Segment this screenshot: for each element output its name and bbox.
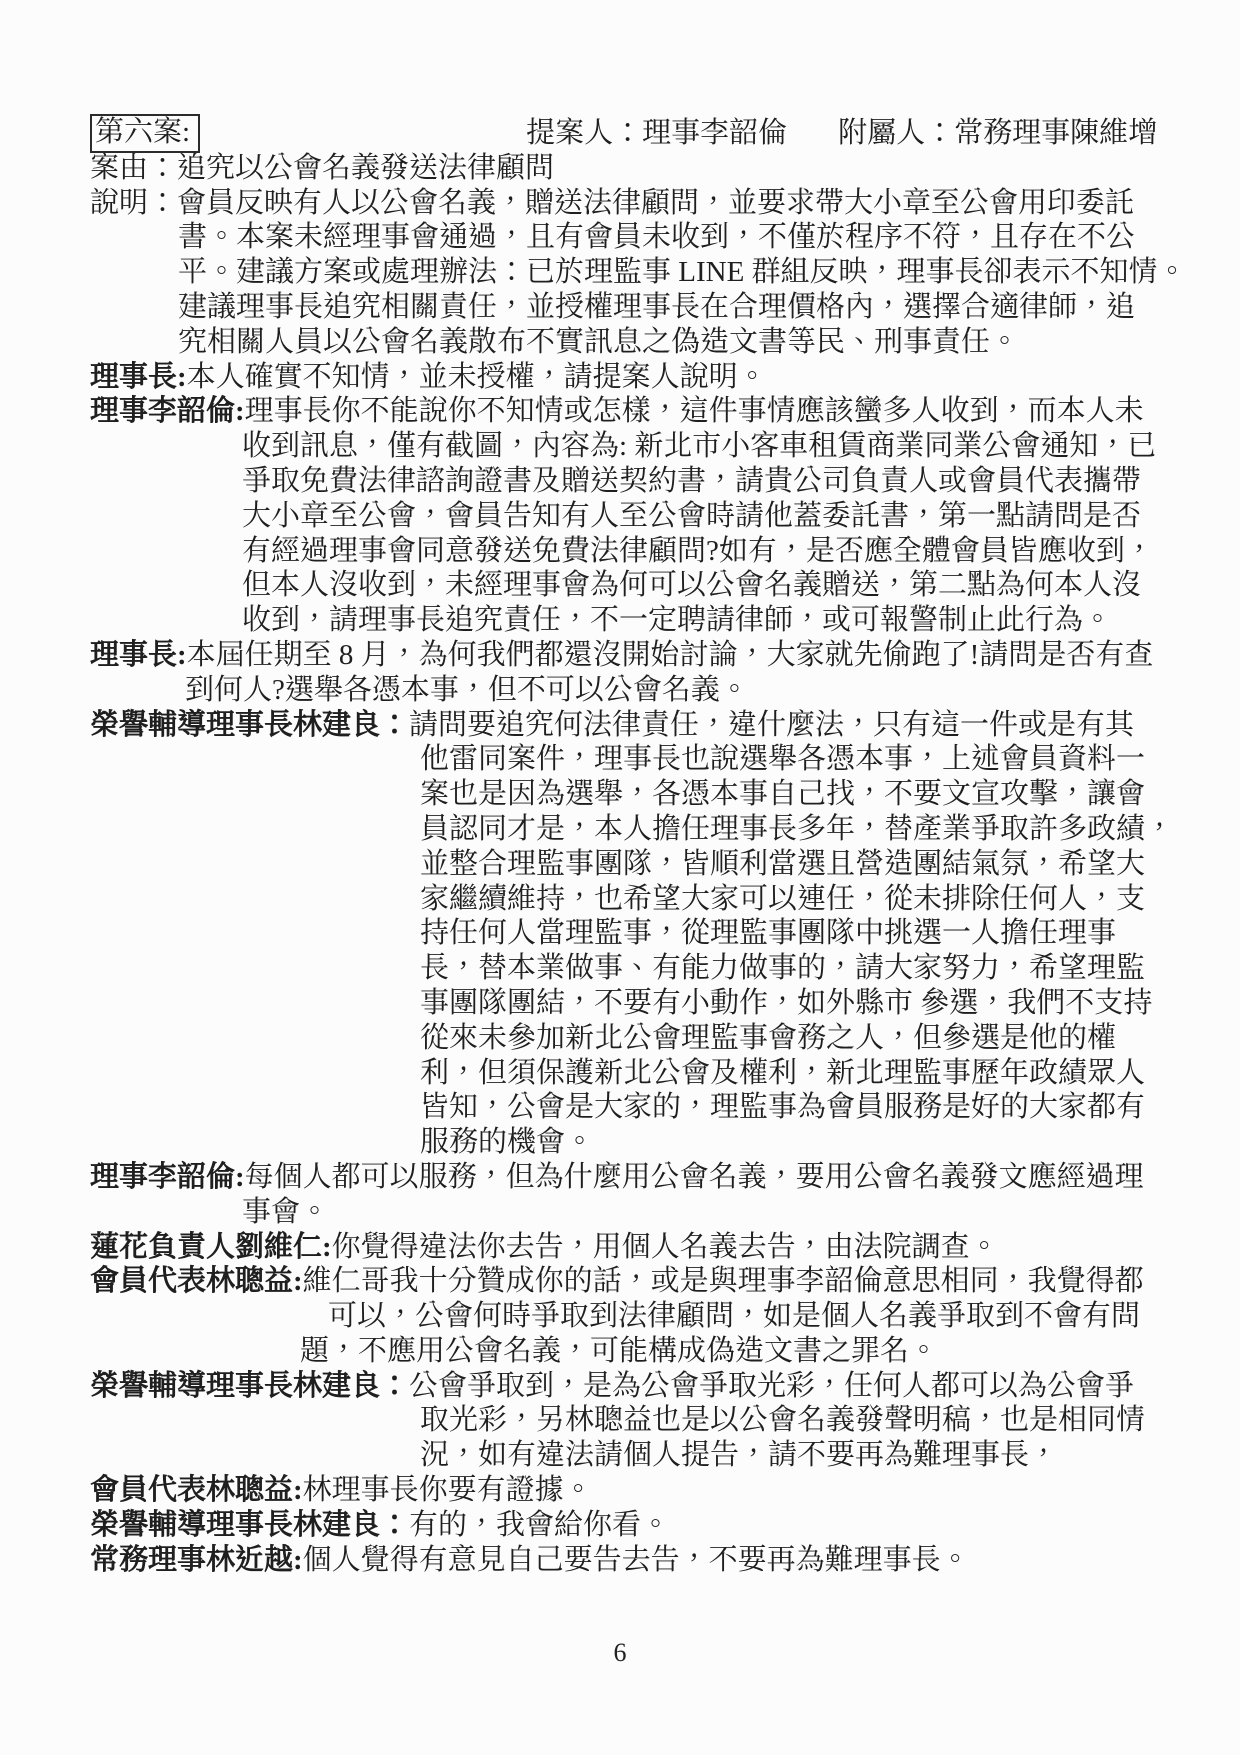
- speaker-label: 會員代表林聰益:: [90, 1474, 303, 1506]
- line-text: 並整合理監事團隊，皆順利當選且營造團結氣氛，希望大: [420, 848, 1145, 880]
- text-line: 收到訊息，僅有截圖，內容為: 新北市小客車租賃商業同業公會通知，已: [90, 429, 1164, 464]
- line-text: 事會。: [242, 1196, 329, 1228]
- text-line: 皆知，公會是大家的，理監事為會員服務是好的大家都有: [90, 1090, 1164, 1125]
- text-line: 平。建議方案或處理辦法：已於理監事 LINE 群組反映，理事長卻表示不知情。: [90, 255, 1164, 290]
- text-line: 榮譽輔導理事長林建良：公會爭取到，是為公會爭取光彩，任何人都可以為公會爭: [90, 1369, 1164, 1404]
- line-text: 案也是因為選舉，各憑本事自己找，不要文宣攻擊，讓會: [420, 778, 1145, 810]
- line-text: 可以，公會何時爭取到法律顧問，如是個人名義爭取到不會有問: [328, 1300, 1140, 1332]
- line-text: 本人確實不知情，並未授權，請提案人說明。: [187, 361, 767, 393]
- text-line: 說明：會員反映有人以公會名義，贈送法律顧問，並要求帶大小章至公會用印委託: [90, 186, 1164, 221]
- text-line: 利，但須保護新北公會及權利，新北理監事歷年政績眾人: [90, 1056, 1164, 1091]
- line-text: 大小章至公會，會員告知有人至公會時請他蓋委託書，第一點請問是否: [242, 500, 1141, 532]
- text-line: 爭取免費法律諮詢證書及贈送契約書，請貴公司負責人或會員代表攜帶: [90, 464, 1164, 499]
- line-text: 事團隊團結，不要有小動作，如外縣市 參選，我們不支持: [420, 987, 1152, 1019]
- line-text: 從來未參加新北公會理監事會務之人，但參選是他的權: [420, 1022, 1116, 1054]
- text-line: 服務的機會。: [90, 1125, 1164, 1160]
- text-line: 況，如有違法請個人提告，請不要再為難理事長，: [90, 1438, 1164, 1473]
- attached-person-text: 附屬人：常務理事陳維增: [838, 117, 1157, 149]
- line-text: 利，但須保護新北公會及權利，新北理監事歷年政績眾人: [420, 1057, 1145, 1089]
- text-line: 從來未參加新北公會理監事會務之人，但參選是他的權: [90, 1021, 1164, 1056]
- text-line: 理事長:本屆任期至 8 月，為何我們都還沒開始討論，大家就先偷跑了!請問是否有查: [90, 638, 1164, 673]
- text-line: 可以，公會何時爭取到法律顧問，如是個人名義爭取到不會有問: [90, 1299, 1164, 1334]
- text-line: 取光彩，另林聰益也是以公會名義發聲明稿，也是相同情: [90, 1403, 1164, 1438]
- line-text: 維仁哥我十分贊成你的話，或是與理事李韶倫意思相同，我覺得都: [303, 1265, 1144, 1297]
- text-line: 他雷同案件，理事長也說選舉各憑本事，上述會員資料一: [90, 742, 1164, 777]
- line-text: 平。建議方案或處理辦法：已於理監事 LINE 群組反映，理事長卻表示不知情。: [178, 256, 1187, 288]
- text-line: 題，不應用公會名義，可能構成偽造文書之罪名。: [90, 1334, 1164, 1369]
- speaker-label: 蓮花負責人劉維仁:: [90, 1231, 332, 1263]
- minutes-content: 第六案:提案人：理事李韶倫附屬人：常務理事陳維增 案由：追究以公會名義發送法律顧…: [90, 116, 1164, 1577]
- dialogue-lines: 案由：追究以公會名義發送法律顧問說明：會員反映有人以公會名義，贈送法律顧問，並要…: [90, 151, 1164, 1578]
- case-number-box: 第六案:: [90, 114, 200, 153]
- line-text: 持任何人當理監事，從理監事團隊中挑選一人擔任理事: [420, 917, 1116, 949]
- text-line: 事團隊團結，不要有小動作，如外縣市 參選，我們不支持: [90, 986, 1164, 1021]
- line-text: 你覺得違法你去告，用個人名義去告，由法院調查。: [332, 1231, 999, 1263]
- line-text: 他雷同案件，理事長也說選舉各憑本事，上述會員資料一: [420, 743, 1145, 775]
- speaker-label: 理事長:: [90, 639, 187, 671]
- line-text: 況，如有違法請個人提告，請不要再為難理事長，: [420, 1439, 1058, 1471]
- line-text: 題，不應用公會名義，可能構成偽造文書之罪名。: [300, 1335, 938, 1367]
- speaker-label: 理事李韶倫:: [90, 1161, 245, 1193]
- line-text: 建議理事長追究相關責任，並授權理事長在合理價格內，選擇合適律師，追: [178, 291, 1135, 323]
- line-text: 但本人沒收到，未經理事會為何可以公會名義贈送，第二點為何本人沒: [242, 569, 1141, 601]
- line-text: 林理事長你要有證據。: [303, 1474, 593, 1506]
- text-line: 案由：追究以公會名義發送法律顧問: [90, 151, 1164, 186]
- line-text: 長，替本業做事、有能力做事的，請大家努力，希望理監: [420, 952, 1145, 984]
- speaker-label: 會員代表林聰益:: [90, 1265, 303, 1297]
- line-text: 爭取免費法律諮詢證書及贈送契約書，請貴公司負責人或會員代表攜帶: [242, 465, 1141, 497]
- text-line: 理事李韶倫:每個人都可以服務，但為什麼用公會名義，要用公會名義發文應經過理: [90, 1160, 1164, 1195]
- text-line: 到何人?選舉各憑本事，但不可以公會名義。: [90, 673, 1164, 708]
- line-text: 服務的機會。: [420, 1126, 594, 1158]
- text-line: 事會。: [90, 1195, 1164, 1230]
- line-text: 究相關人員以公會名義散布不實訊息之偽造文書等民、刑事責任。: [178, 326, 1019, 358]
- line-text: 收到，請理事長追究責任，不一定聘請律師，或可報警制止此行為。: [242, 604, 1112, 636]
- text-line: 榮譽輔導理事長林建良：有的，我會給你看。: [90, 1508, 1164, 1543]
- text-line: 長，替本業做事、有能力做事的，請大家努力，希望理監: [90, 951, 1164, 986]
- text-line: 蓮花負責人劉維仁:你覺得違法你去告，用個人名義去告，由法院調查。: [90, 1230, 1164, 1265]
- page-number: 6: [0, 1638, 1240, 1668]
- line-text: 取光彩，另林聰益也是以公會名義發聲明稿，也是相同情: [420, 1404, 1145, 1436]
- text-line: 究相關人員以公會名義散布不實訊息之偽造文書等民、刑事責任。: [90, 325, 1164, 360]
- line-text: 收到訊息，僅有截圖，內容為: 新北市小客車租賃商業同業公會通知，已: [242, 430, 1156, 462]
- speaker-label: 榮譽輔導理事長林建良：: [90, 1370, 409, 1402]
- speaker-label: 理事李韶倫:: [90, 395, 245, 427]
- text-line: 理事李韶倫:理事長你不能說你不知情或怎樣，這件事情應該蠻多人收到，而本人未: [90, 394, 1164, 429]
- line-text: 會員反映有人以公會名義，贈送法律顧問，並要求帶大小章至公會用印委託: [177, 187, 1134, 219]
- line-text: 請問要追究何法律責任，違什麼法，只有這一件或是有其: [409, 709, 1134, 741]
- field-label: 案由：: [90, 152, 177, 184]
- field-label: 說明：: [90, 187, 177, 219]
- text-line: 理事長:本人確實不知情，並未授權，請提案人說明。: [90, 360, 1164, 395]
- line-text: 個人覺得有意見自己要告去告，不要再為難理事長。: [303, 1544, 970, 1576]
- text-line: 常務理事林近越:個人覺得有意見自己要告去告，不要再為難理事長。: [90, 1543, 1164, 1578]
- speaker-label: 榮譽輔導理事長林建良：: [90, 1509, 409, 1541]
- line-text: 理事長你不能說你不知情或怎樣，這件事情應該蠻多人收到，而本人未: [245, 395, 1144, 427]
- text-line: 收到，請理事長追究責任，不一定聘請律師，或可報警制止此行為。: [90, 603, 1164, 638]
- text-line: 會員代表林聰益:林理事長你要有證據。: [90, 1473, 1164, 1508]
- text-line: 會員代表林聰益:維仁哥我十分贊成你的話，或是與理事李韶倫意思相同，我覺得都: [90, 1264, 1164, 1299]
- proposer-text: 提案人：理事李韶倫: [526, 117, 787, 149]
- line-text: 公會爭取到，是為公會爭取光彩，任何人都可以為公會爭: [409, 1370, 1134, 1402]
- line-text: 本屆任期至 8 月，為何我們都還沒開始討論，大家就先偷跑了!請問是否有查: [187, 639, 1154, 671]
- document-page: 第六案:提案人：理事李韶倫附屬人：常務理事陳維增 案由：追究以公會名義發送法律顧…: [0, 0, 1240, 1755]
- line-text: 皆知，公會是大家的，理監事為會員服務是好的大家都有: [420, 1091, 1145, 1123]
- text-line: 持任何人當理監事，從理監事團隊中挑選一人擔任理事: [90, 916, 1164, 951]
- line-text: 追究以公會名義發送法律顧問: [177, 152, 554, 184]
- line-text: 有的，我會給你看。: [409, 1509, 670, 1541]
- speaker-label: 榮譽輔導理事長林建良：: [90, 709, 409, 741]
- line-text: 家繼續維持，也希望大家可以連任，從未排除任何人，支: [420, 883, 1145, 915]
- line-text: 書。本案未經理事會通過，且有會員未收到，不僅於程序不符，且存在不公: [178, 221, 1135, 253]
- text-line: 書。本案未經理事會通過，且有會員未收到，不僅於程序不符，且存在不公: [90, 220, 1164, 255]
- text-line: 員認同才是，本人擔任理事長多年，替產業爭取許多政績，: [90, 812, 1164, 847]
- line-text: 到何人?選舉各憑本事，但不可以公會名義。: [185, 674, 749, 706]
- text-line: 建議理事長追究相關責任，並授權理事長在合理價格內，選擇合適律師，追: [90, 290, 1164, 325]
- text-line: 但本人沒收到，未經理事會為何可以公會名義贈送，第二點為何本人沒: [90, 568, 1164, 603]
- text-line: 大小章至公會，會員告知有人至公會時請他蓋委託書，第一點請問是否: [90, 499, 1164, 534]
- case-header-line: 第六案:提案人：理事李韶倫附屬人：常務理事陳維增: [90, 116, 1164, 151]
- text-line: 案也是因為選舉，各憑本事自己找，不要文宣攻擊，讓會: [90, 777, 1164, 812]
- text-line: 有經過理事會同意發送免費法律顧問?如有，是否應全體會員皆應收到，: [90, 534, 1164, 569]
- line-text: 有經過理事會同意發送免費法律顧問?如有，是否應全體會員皆應收到，: [242, 535, 1154, 567]
- line-text: 每個人都可以服務，但為什麼用公會名義，要用公會名義發文應經過理: [245, 1161, 1144, 1193]
- text-line: 並整合理監事團隊，皆順利當選且營造團結氣氛，希望大: [90, 847, 1164, 882]
- line-text: 員認同才是，本人擔任理事長多年，替產業爭取許多政績，: [420, 813, 1174, 845]
- text-line: 榮譽輔導理事長林建良：請問要追究何法律責任，違什麼法，只有這一件或是有其: [90, 708, 1164, 743]
- text-line: 家繼續維持，也希望大家可以連任，從未排除任何人，支: [90, 882, 1164, 917]
- speaker-label: 常務理事林近越:: [90, 1544, 303, 1576]
- speaker-label: 理事長:: [90, 361, 187, 393]
